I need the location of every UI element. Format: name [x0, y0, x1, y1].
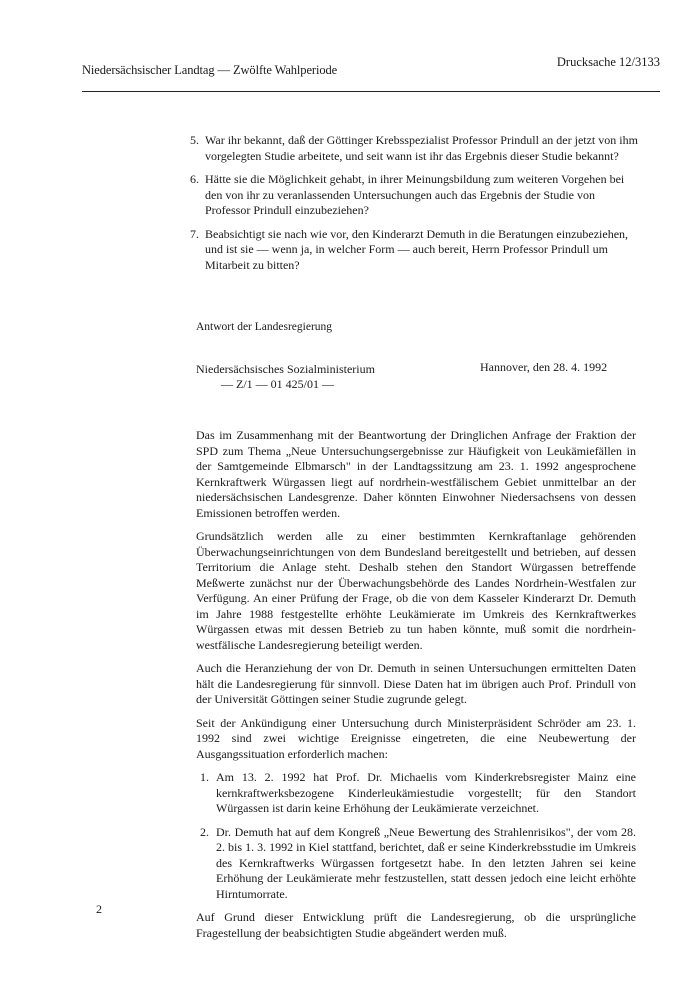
- event-number: 2.: [196, 825, 216, 903]
- event-text: Dr. Demuth hat auf dem Kongreß „Neue Bew…: [216, 825, 636, 903]
- question-text: War ihr bekannt, daß der Göttinger Krebs…: [205, 133, 640, 164]
- question-text: Beabsichtigt sie nach wie vor, den Kinde…: [205, 227, 640, 274]
- header-divider: [82, 91, 660, 92]
- question-item: 5. War ihr bekannt, daß der Göttinger Kr…: [190, 133, 640, 164]
- header-title: Niedersächsischer Landtag — Zwölfte Wahl…: [82, 63, 337, 78]
- ministry-name: Niedersächsisches Sozialministerium: [196, 362, 375, 377]
- answer-body: Das im Zusammenhang mit der Beantwortung…: [196, 428, 636, 949]
- question-number: 6.: [190, 172, 205, 219]
- document-number: Drucksache 12/3133: [557, 55, 660, 70]
- event-item: 1. Am 13. 2. 1992 hat Prof. Dr. Michaeli…: [196, 770, 636, 817]
- event-text: Am 13. 2. 1992 hat Prof. Dr. Michaelis v…: [216, 770, 636, 817]
- event-item: 2. Dr. Demuth hat auf dem Kongreß „Neue …: [196, 825, 636, 903]
- answer-heading: Antwort der Landesregierung: [196, 321, 332, 333]
- ministry-block: Niedersächsisches Sozialministerium — Z/…: [196, 362, 375, 392]
- question-item: 6. Hätte sie die Möglichkeit gehabt, in …: [190, 172, 640, 219]
- closing-paragraph: Auf Grund dieser Entwicklung prüft die L…: [196, 910, 636, 941]
- answer-date: Hannover, den 28. 4. 1992: [480, 360, 607, 375]
- paragraph: Seit der Ankündigung einer Untersuchung …: [196, 716, 636, 763]
- page-number: 2: [96, 902, 102, 917]
- paragraph: Auch die Heranziehung der von Dr. Demuth…: [196, 661, 636, 708]
- question-item: 7. Beabsichtigt sie nach wie vor, den Ki…: [190, 227, 640, 274]
- paragraph: Grundsätzlich werden alle zu einer besti…: [196, 529, 636, 653]
- event-number: 1.: [196, 770, 216, 817]
- question-number: 7.: [190, 227, 205, 274]
- reference-number: — Z/1 — 01 425/01 —: [196, 377, 375, 392]
- paragraph: Das im Zusammenhang mit der Beantwortung…: [196, 428, 636, 521]
- question-text: Hätte sie die Möglichkeit gehabt, in ihr…: [205, 172, 640, 219]
- question-number: 5.: [190, 133, 205, 164]
- question-list: 5. War ihr bekannt, daß der Göttinger Kr…: [190, 133, 640, 281]
